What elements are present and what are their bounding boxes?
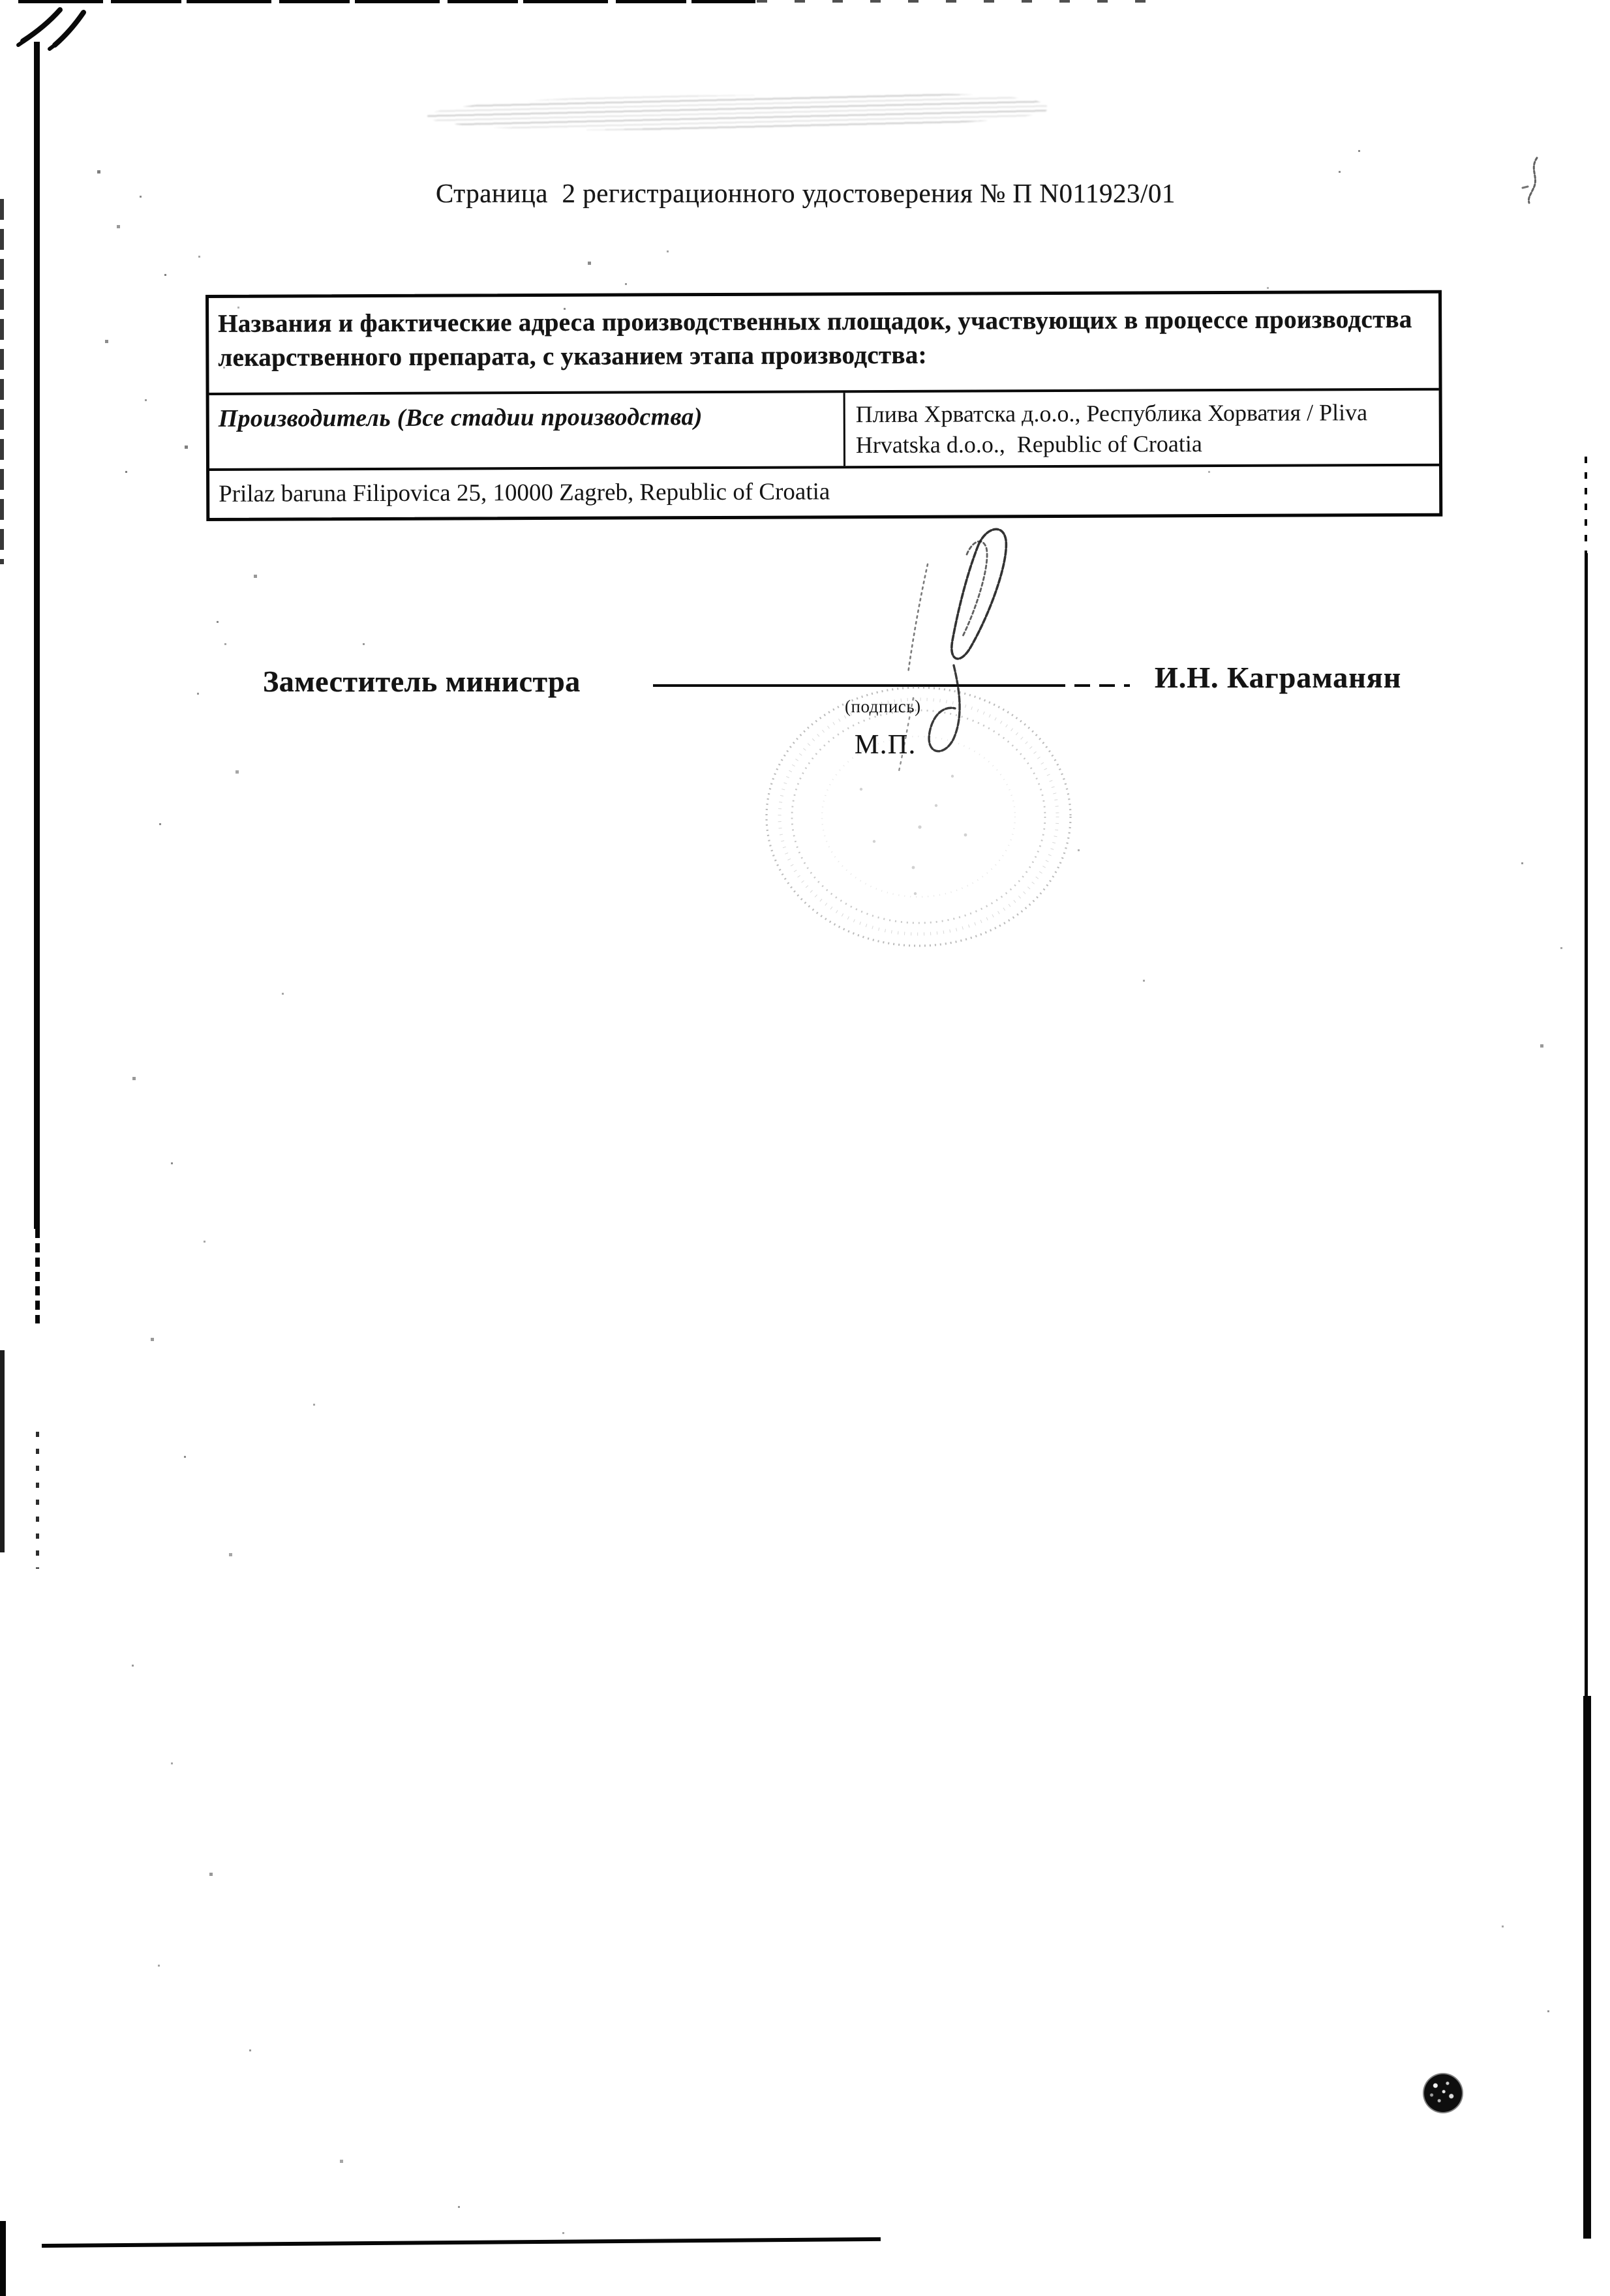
scan-left-edge-strip [0, 199, 4, 564]
scan-left-fold-line [34, 42, 40, 1229]
handwritten-signature [815, 502, 1050, 776]
handwritten-page-number [13, 3, 104, 59]
scan-edge-top-strip [18, 0, 755, 3]
manufacturer-stage-label: Производитель (Все стадии производства) [209, 393, 845, 468]
scan-left-edge-strip [0, 2221, 6, 2296]
scan-right-edge-line-thick [1583, 1696, 1591, 2239]
ink-bleedthrough-smudge [427, 93, 1047, 131]
signer-position-label: Заместитель министра [263, 664, 581, 699]
table-row-manufacturer: Производитель (Все стадии производства) … [209, 391, 1439, 471]
scan-bottom-edge-line [42, 2237, 881, 2248]
scan-left-edge-strip [0, 1350, 5, 1552]
scan-left-fold-line-dashed [35, 1229, 40, 1323]
notary-seal-dot [1424, 2074, 1462, 2112]
manufacturer-name-value: Плива Хрватска д.о.о., Республика Хорват… [845, 391, 1439, 466]
scan-right-edge-line [1585, 553, 1588, 1698]
table-header: Названия и фактические адреса производст… [209, 294, 1439, 395]
scan-right-edge-line-dashed [1585, 457, 1587, 554]
scan-noise-specks [0, 0, 2, 2]
page-title: Страница 2 регистрационного удостоверени… [436, 177, 1176, 209]
scan-left-fold-line-sparse [36, 1432, 39, 1569]
scan-edge-top-strip-sparse [757, 0, 1161, 3]
ink-curl-mark [1521, 155, 1547, 207]
scanned-document-page: Страница 2 регистрационного удостоверени… [0, 0, 1610, 2296]
signer-name: И.Н. Каграманян [1155, 660, 1401, 695]
manufacturing-sites-table: Названия и фактические адреса производст… [205, 290, 1442, 521]
